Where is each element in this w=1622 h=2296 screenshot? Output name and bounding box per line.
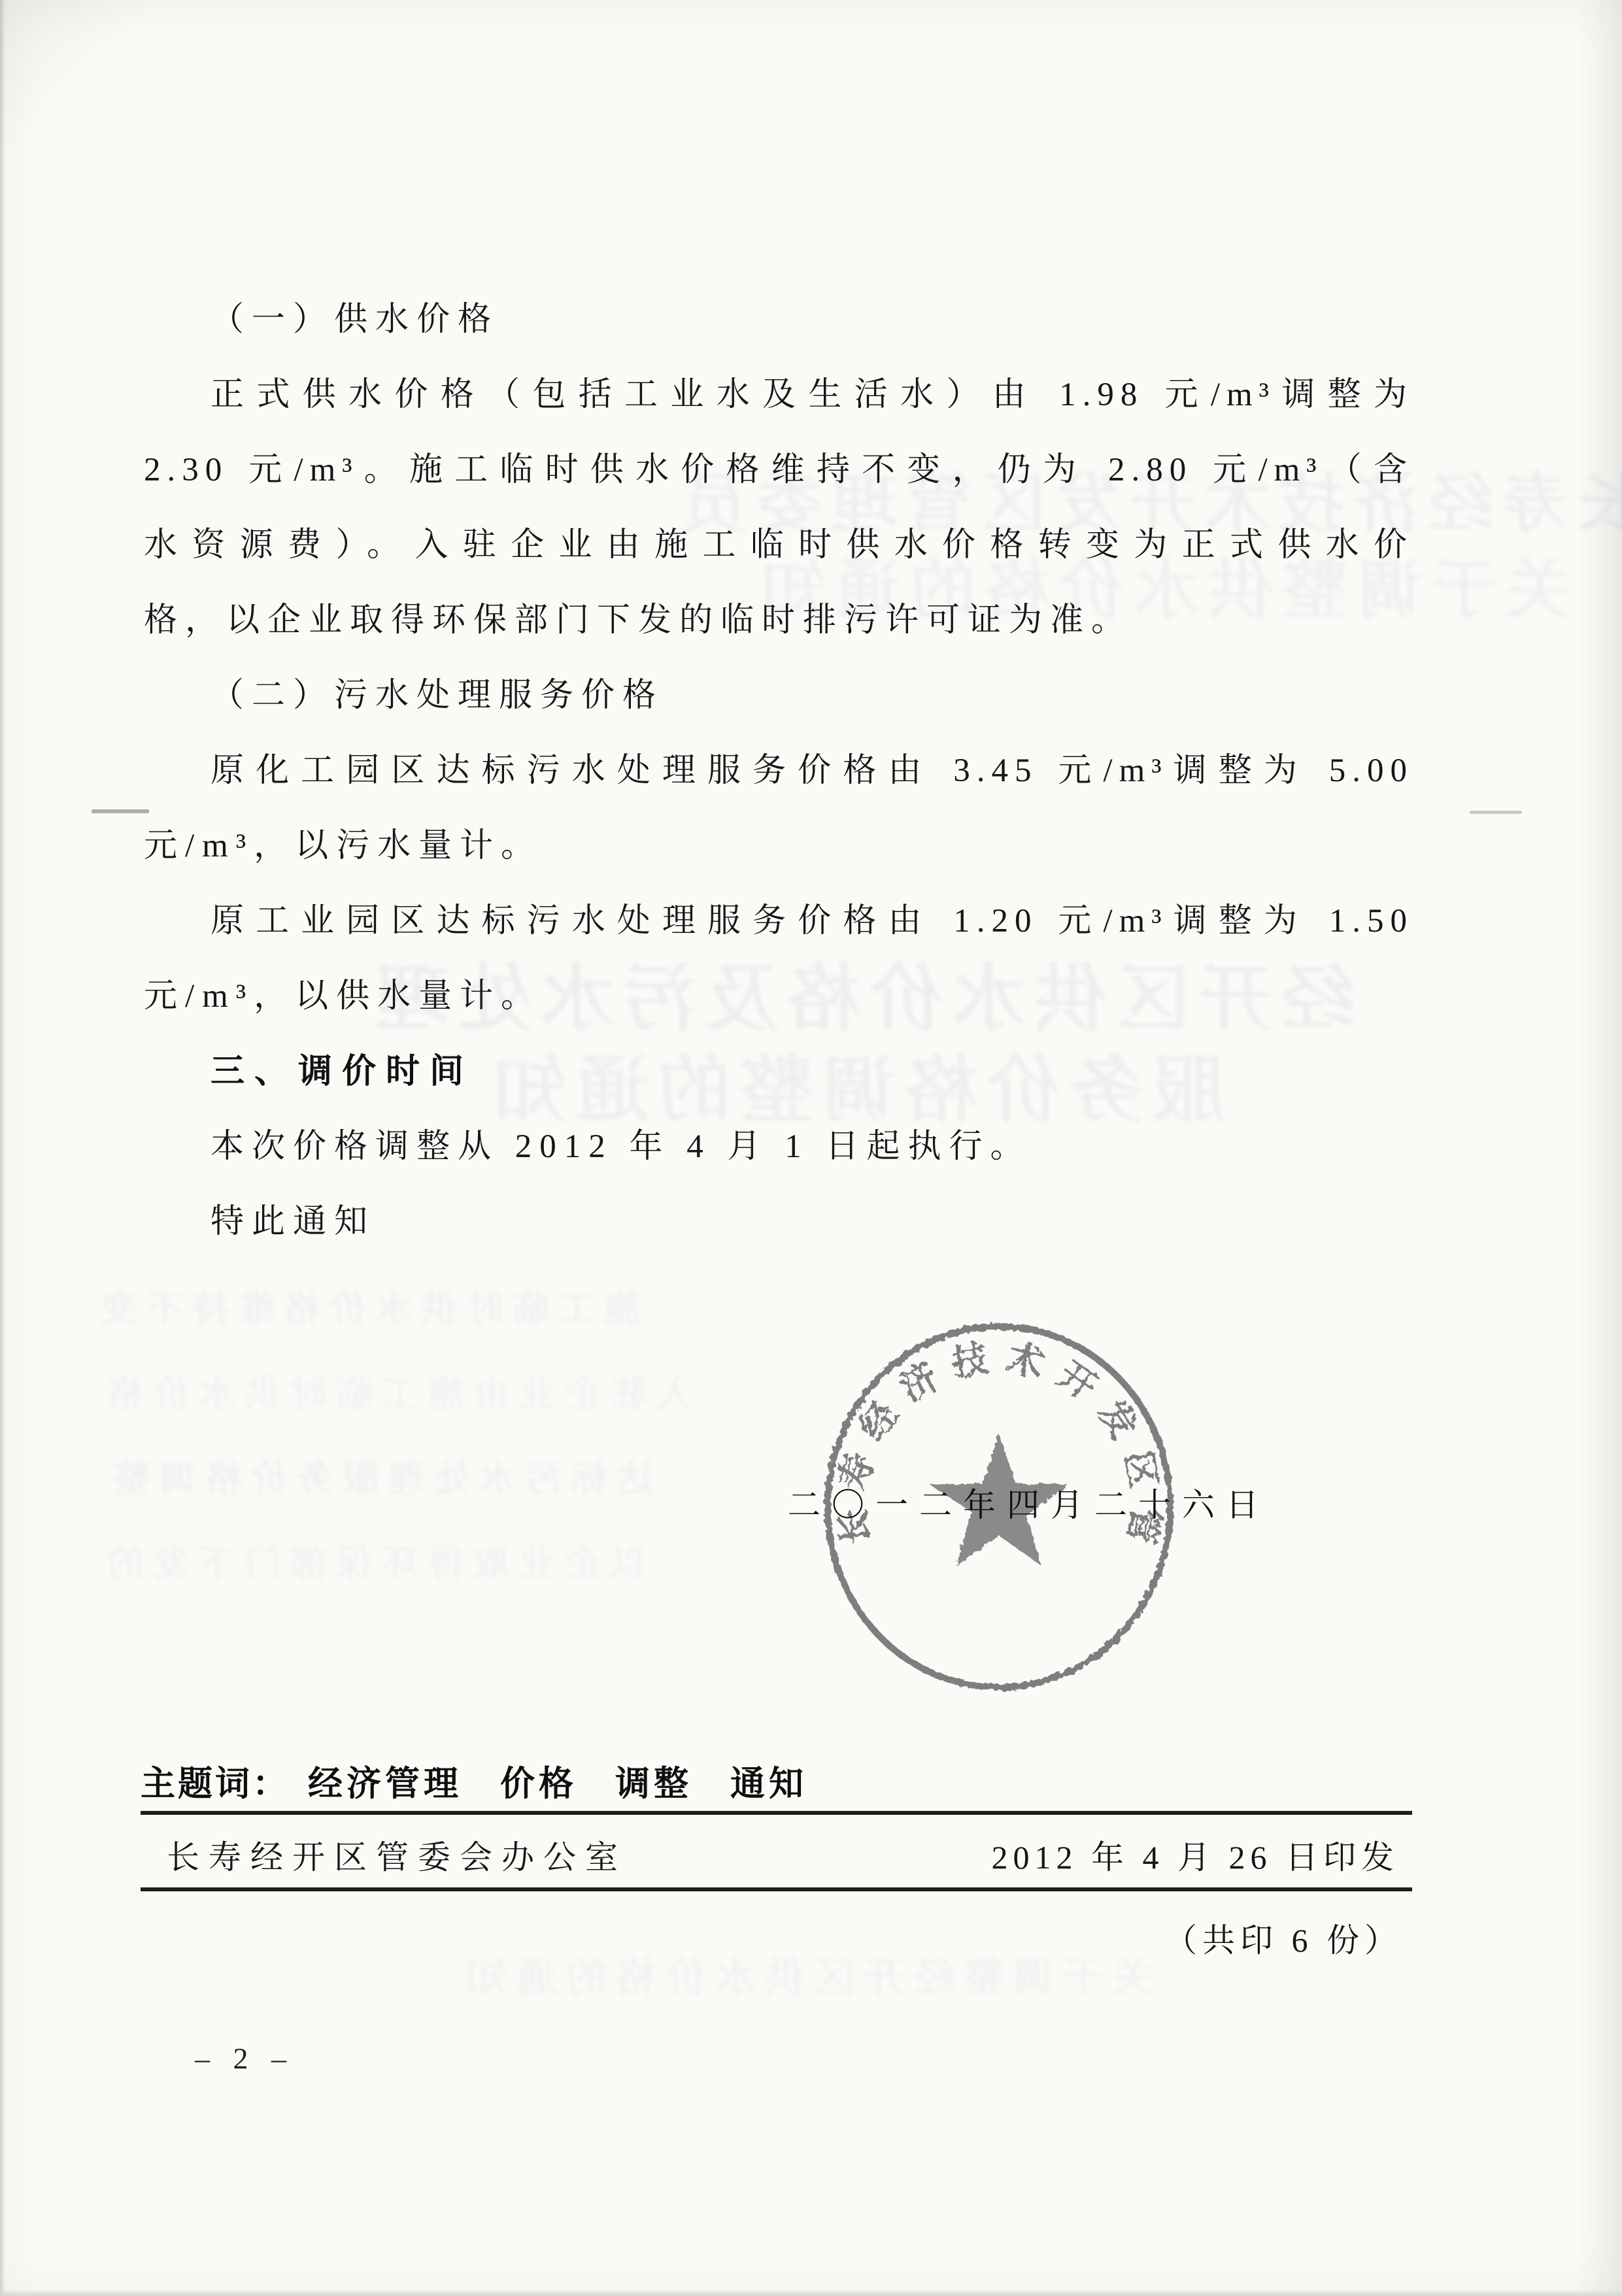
document-page: 长寿经济技术开发区管理委员关于调整供水价格的通知经开区供水价格及污水处理服务价格… (0, 0, 1622, 2296)
subject-label: 主题词： (141, 1764, 290, 1803)
body-line: 元/m³，以污水量计。 (144, 809, 1413, 884)
bleedthrough-text: 达标污水处理服务价格调整 (105, 1450, 654, 1502)
body-line: 2.30 元/m³。施工临时供水价格维持不变，仍为 2.80 元/m³（含 (144, 433, 1413, 508)
scan-smudge (92, 809, 149, 813)
scan-edge-bottom (0, 2289, 1622, 2296)
footer-row: 长寿经开区管委会办公室 2012 年 4 月 26 日印发 (141, 1831, 1412, 1884)
divider-rule-top (141, 1811, 1412, 1815)
body-line: （一）供水价格 (144, 282, 1413, 358)
copies-count: （共印 6 份） (141, 1914, 1412, 1967)
signature-date: 二〇一二年四月二十六日 (788, 1479, 1270, 1526)
bleedthrough-text: 施工临时供水价格维持不变 (92, 1280, 641, 1332)
divider-rule-bottom (141, 1887, 1412, 1891)
body-line: 原化工园区达标污水处理服务价格由 3.45 元/m³调整为 5.00 (144, 734, 1413, 809)
print-date: 2012 年 4 月 26 日印发 (992, 1831, 1400, 1884)
page-number: – 2 – (195, 2041, 294, 2076)
bleedthrough-text: 以企业取得环保部门下发的 (98, 1535, 647, 1587)
body-text-block: （一）供水价格正式供水价格（包括工业水及生活水）由 1.98 元/m³调整为2.… (144, 282, 1413, 1260)
bleedthrough-text: 入驻企业由施工临时供水价格 (98, 1365, 693, 1417)
body-line: 原工业园区达标污水处理服务价格由 1.20 元/m³调整为 1.50 (144, 884, 1413, 959)
subject-term: 调整 (615, 1764, 692, 1803)
body-line: （二）污水处理服务价格 (144, 658, 1413, 734)
body-line: 本次价格调整从 2012 年 4 月 1 日起执行。 (144, 1109, 1413, 1185)
scan-edge-right (1576, 0, 1622, 2296)
subject-terms: 经济管理价格调整通知 (308, 1764, 845, 1803)
subject-term: 价格 (500, 1764, 577, 1803)
subject-term: 通知 (730, 1764, 807, 1803)
scan-edge-left (0, 0, 5, 2296)
subject-keywords-row: 主题词：经济管理价格调整通知 (141, 1761, 1412, 1808)
body-line: 特此通知 (144, 1185, 1413, 1260)
body-line: 正式供水价格（包括工业水及生活水）由 1.98 元/m³调整为 (144, 358, 1413, 433)
body-line: 格，以企业取得环保部门下发的临时排污许可证为准。 (144, 583, 1413, 658)
corner-fold-shadow (0, 0, 170, 144)
issuing-office: 长寿经开区管委会办公室 (167, 1831, 627, 1884)
subject-term: 经济管理 (308, 1764, 462, 1803)
body-line: 元/m³，以供水量计。 (144, 959, 1413, 1034)
body-line: 三、调价时间 (144, 1034, 1413, 1109)
scan-smudge (1470, 811, 1522, 814)
body-line: 水资源费）。入驻企业由施工临时供水价格转变为正式供水价 (144, 508, 1413, 583)
